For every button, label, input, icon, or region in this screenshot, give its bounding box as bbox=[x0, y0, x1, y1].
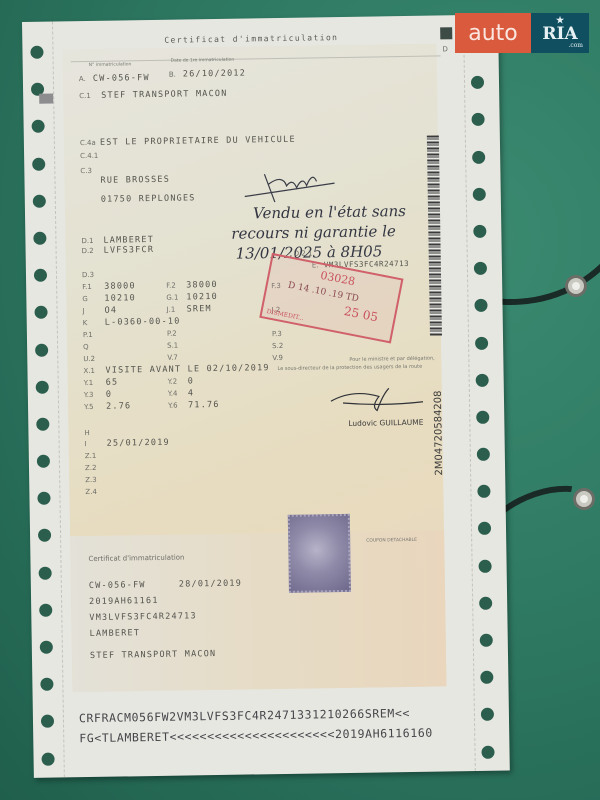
field-d21-label: D.2.1 bbox=[294, 249, 313, 257]
field-z1-label: Z.1 bbox=[85, 452, 97, 460]
field-b-date: 26/10/2012 bbox=[183, 68, 246, 79]
coupon-date: 28/01/2019 bbox=[179, 579, 242, 590]
field-a-label: A. bbox=[79, 75, 86, 83]
handwritten-note-line-1: Vendu en l'état sans bbox=[253, 202, 406, 222]
side-marker: D bbox=[442, 45, 448, 53]
field-p1-label: P.1 bbox=[83, 331, 93, 339]
field-x1-label: X.1 bbox=[83, 367, 95, 375]
tax-stamp bbox=[288, 514, 351, 593]
field-a-plate: CW-056-FW bbox=[93, 73, 150, 84]
caption-a: N° immatriculation bbox=[89, 62, 132, 68]
field-b-label: B. bbox=[169, 71, 176, 79]
folder-grommet-bottom bbox=[573, 488, 595, 510]
coupon-stamp-caption: COUPON DETACHABLE bbox=[366, 538, 417, 544]
field-d1-label: D.1 bbox=[81, 237, 93, 245]
mrz-line-2: FG<TLAMBERET<<<<<<<<<<<<<<<<<<<<<<2019AH… bbox=[79, 726, 433, 746]
field-k-label: K bbox=[83, 319, 88, 327]
field-y6-value: 71.76 bbox=[188, 400, 220, 410]
stamp-date: 25 05 bbox=[343, 304, 379, 324]
field-y3-value: 0 bbox=[106, 390, 112, 400]
address-line-2: 01750 REPLONGES bbox=[101, 193, 196, 204]
field-j1-label: J.1 bbox=[166, 306, 175, 314]
field-v9-label: V.9 bbox=[272, 354, 283, 362]
folder-grommet-top bbox=[565, 275, 587, 297]
field-d3-label: D.3 bbox=[82, 271, 94, 279]
autoria-watermark: auto ★ RIA .com bbox=[455, 13, 589, 53]
field-c4a-label: C.4a bbox=[80, 139, 96, 147]
signatory-name: Ludovic GUILLAUME bbox=[348, 418, 423, 428]
field-i-date: 25/01/2019 bbox=[107, 438, 170, 449]
field-j1-value: SREM bbox=[186, 304, 211, 314]
coupon-plate: CW-056-FW bbox=[89, 580, 146, 591]
field-y3-label: Y.3 bbox=[84, 391, 94, 399]
stamp-top-number: 03028 bbox=[319, 269, 356, 288]
caption-b: Date de 1re immatriculation bbox=[171, 58, 235, 64]
watermark-auto: auto bbox=[455, 13, 531, 53]
side-barcode bbox=[427, 135, 442, 335]
document-title: Certificat d'immatriculation bbox=[164, 33, 338, 45]
watermark-suffix: .com bbox=[568, 43, 583, 49]
registration-certificate: D Certificat d'immatriculation N° immatr… bbox=[22, 15, 510, 778]
field-z2-label: Z.2 bbox=[85, 464, 97, 472]
field-j-value: O4 bbox=[104, 306, 117, 316]
field-c41-label: C.4.1 bbox=[80, 152, 98, 160]
serial-number-vertical: 2M04720584208 bbox=[433, 390, 445, 475]
field-k-value: L-0360-00-10 bbox=[105, 317, 181, 328]
field-y2-value: 0 bbox=[188, 376, 194, 386]
field-y4-value: 4 bbox=[188, 388, 194, 398]
coupon-holder: STEF TRANSPORT MACON bbox=[90, 649, 217, 661]
handwritten-signature bbox=[234, 165, 345, 207]
field-y5-label: Y.5 bbox=[84, 403, 94, 411]
field-d2-type: LVFS3FCR bbox=[104, 245, 155, 256]
watermark-ria: ★ RIA .com bbox=[531, 13, 589, 53]
field-y1-label: Y.1 bbox=[84, 379, 94, 387]
field-i-label: I bbox=[85, 440, 87, 448]
coupon-formula-number: 2019AH61161 bbox=[89, 596, 159, 607]
field-c1-holder: STEF TRANSPORT MACON bbox=[101, 89, 228, 101]
field-c3-label: C.3 bbox=[80, 167, 92, 175]
field-p3-label: P.3 bbox=[272, 330, 282, 338]
handwritten-note-line-2: recours ni garantie le bbox=[231, 222, 396, 243]
field-f1-label: F.1 bbox=[82, 283, 92, 291]
coupon-make: LAMBERET bbox=[90, 628, 141, 639]
field-c1-label: C.1 bbox=[79, 92, 91, 100]
coupon-title: Certificat d'immatriculation bbox=[88, 554, 184, 564]
mrz-line-1: CRFRACM056FW2VM3LVFS3FC4R2471331210266SR… bbox=[79, 706, 410, 725]
field-d2-label: D.2 bbox=[82, 247, 94, 255]
field-f1-value: 38000 bbox=[104, 281, 136, 291]
coupon-vin: VM3LVFS3FC4R24713 bbox=[89, 611, 197, 623]
grey-square-marker bbox=[39, 94, 53, 104]
field-f2-value: 38000 bbox=[186, 280, 218, 290]
tractor-holes-left bbox=[30, 46, 56, 790]
field-j-label: J bbox=[82, 307, 84, 315]
field-y5-value: 2.76 bbox=[106, 401, 131, 411]
field-y6-label: Y.6 bbox=[168, 402, 178, 410]
field-z4-label: Z.4 bbox=[85, 488, 97, 496]
field-g1-label: G.1 bbox=[166, 294, 178, 302]
official-signature bbox=[323, 384, 433, 416]
field-f2-label: F.2 bbox=[166, 282, 176, 290]
field-u2-label: U.2 bbox=[83, 355, 95, 363]
field-v7-label: V.7 bbox=[167, 354, 178, 362]
watermark-ria-text: RIA bbox=[542, 26, 577, 43]
field-s2-label: S.2 bbox=[272, 342, 283, 350]
top-right-marker bbox=[440, 27, 452, 39]
field-y4-label: Y.4 bbox=[168, 390, 178, 398]
field-g-value: 10210 bbox=[104, 293, 136, 303]
field-y2-label: Y.2 bbox=[168, 378, 178, 386]
field-y1-value: 65 bbox=[106, 378, 119, 388]
field-h-label: H bbox=[84, 429, 89, 437]
field-p2-label: P.2 bbox=[167, 330, 177, 338]
field-g-label: G bbox=[82, 295, 88, 303]
address-line-1: RUE BROSSES bbox=[100, 175, 170, 186]
field-z3-label: Z.3 bbox=[85, 476, 97, 484]
field-g1-value: 10210 bbox=[186, 292, 218, 302]
field-q-label: Q bbox=[83, 343, 89, 351]
field-s1-label: S.1 bbox=[167, 342, 178, 350]
stamp-bottom-text: DISMEDIT... bbox=[266, 308, 304, 322]
